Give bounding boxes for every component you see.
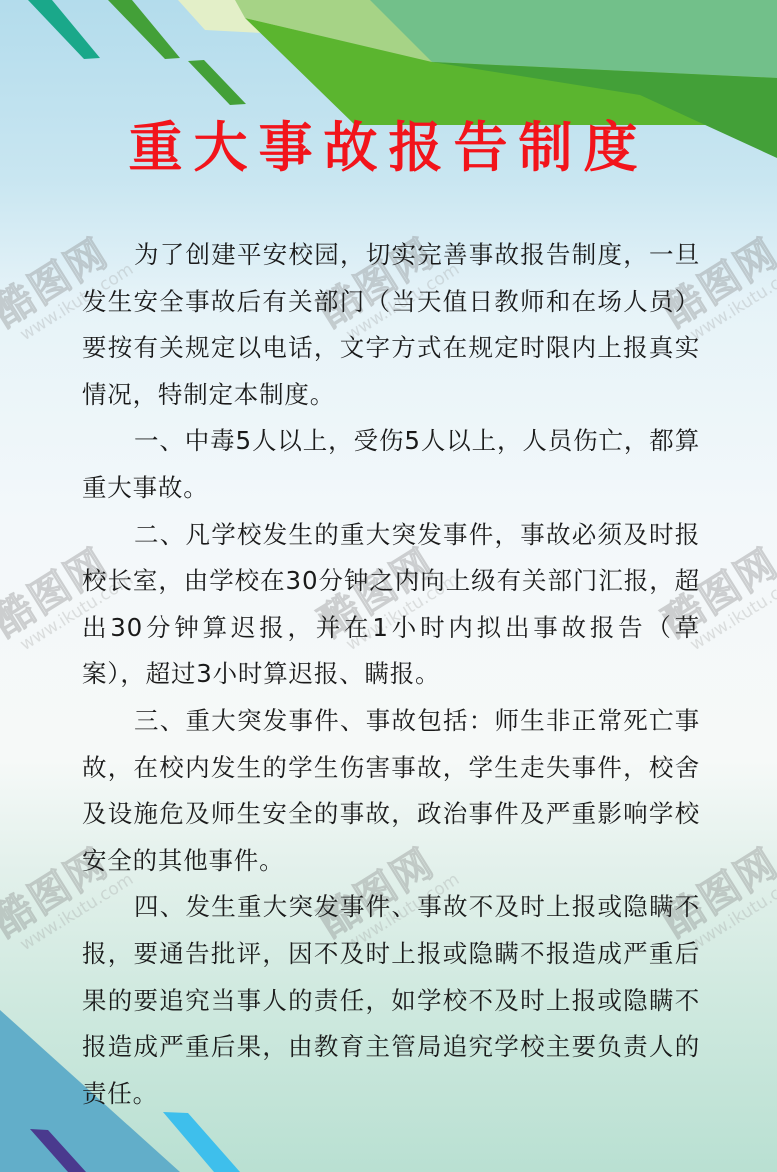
top-green-stripe-2 [188,60,246,105]
top-light-green-shape [235,0,777,78]
policy-body: 为了创建平安校园，切实完善事故报告制度，一旦发生安全事故后有关部门（当天值日教师… [82,232,700,1117]
intro-paragraph: 为了创建平安校园，切实完善事故报告制度，一旦发生安全事故后有关部门（当天值日教师… [82,232,700,418]
watermark-url: www.ikutu.com [688,261,777,344]
top-pale-green-shape [178,0,777,60]
watermark-url: www.ikutu.com [688,871,777,954]
clause-1-paragraph: 一、中毒5人以上，受伤5人以上，人员伤亡，都算重大事故。 [82,418,700,511]
clause-4-paragraph: 四、发生重大突发事件、事故不及时上报或隐瞒不报，要通告批评，因不及时上报或隐瞒不… [82,884,700,1117]
clause-2-paragraph: 二、凡学校发生的重大突发事件，事故必须及时报校长室，由学校在30分钟之内向上级有… [82,512,700,698]
top-green-stripe-1 [108,0,180,59]
bottom-cyan-stripe [163,1112,240,1172]
top-teal-green-shape [370,0,777,78]
watermark-url: www.ikutu.com [688,571,777,654]
clause-3-paragraph: 三、重大突发事件、事故包括：师生非正常死亡事故，在校内发生的学生伤害事故，学生走… [82,698,700,884]
top-teal-stripe [28,0,100,59]
bottom-purple-stripe [30,1129,86,1172]
page-title: 重大事故报告制度 [0,108,777,188]
